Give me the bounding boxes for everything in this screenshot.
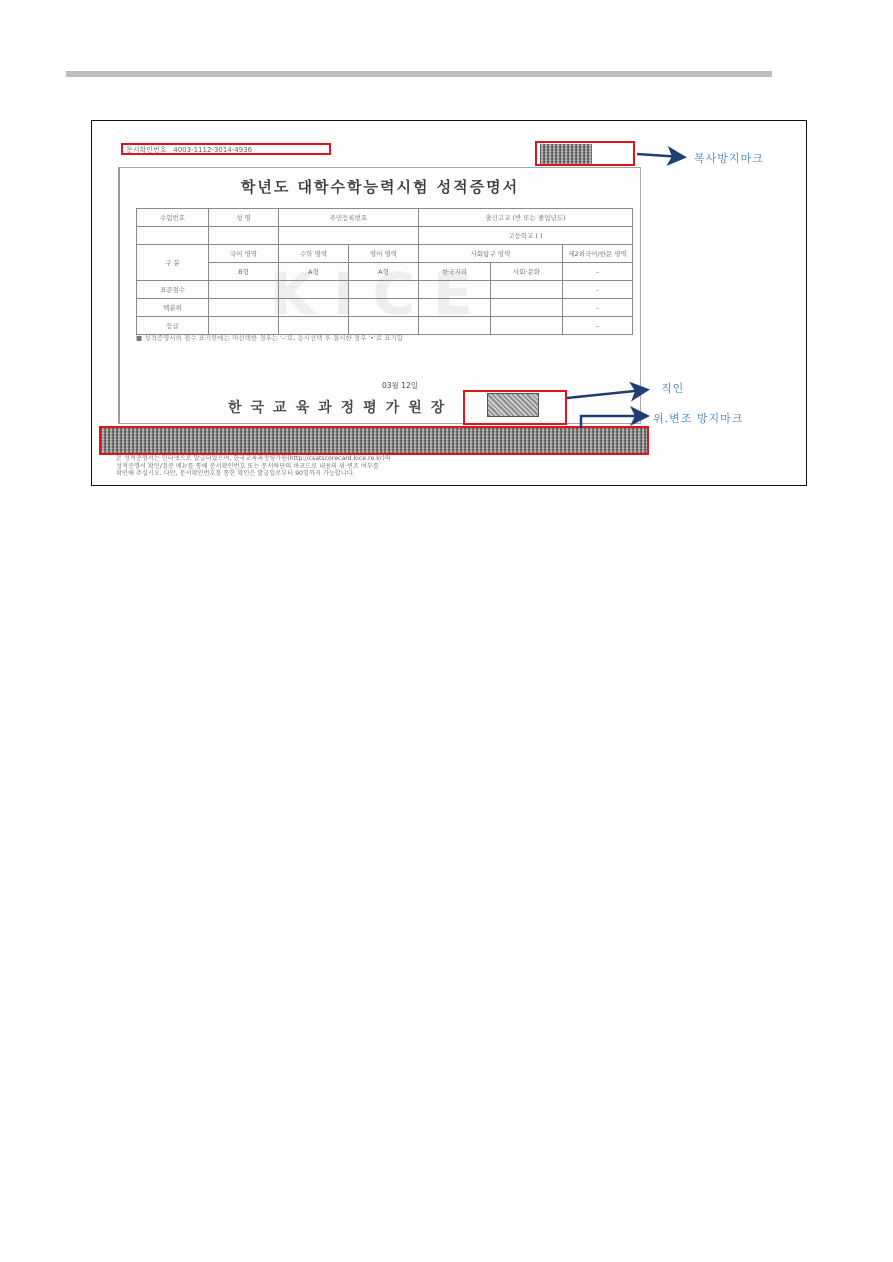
cell [279, 317, 349, 335]
table-row: 구 분 국어 영역 수학 영역 영어 영역 사회탐구 영역 제2외국어/한문 영… [137, 245, 633, 263]
cell [279, 227, 419, 245]
cell [491, 317, 563, 335]
certificate-title: 학년도 대학수학능력시험 성적증명서 [120, 176, 640, 197]
header-cell: 수험번호 [137, 209, 209, 227]
footer-line: 확인해 주십시오. 다만, 문서확인번호를 통한 확인은 발급일로부터 90일까… [116, 470, 636, 478]
cell [209, 281, 279, 299]
header-cell: 출신고교 (반 또는 졸업년도) [419, 209, 633, 227]
cell [349, 317, 419, 335]
subject-header: 영어 영역 [349, 245, 419, 263]
row-label-header: 구 분 [137, 245, 209, 281]
subject-header: 사회탐구 영역 [419, 245, 563, 263]
table-row: 수험번호 성 명 주민등록번호 출신고교 (반 또는 졸업년도) [137, 209, 633, 227]
table-row: 표준점수 – [137, 281, 633, 299]
highlight-copy-protection [535, 141, 635, 166]
cell [349, 299, 419, 317]
type-cell: 사회·문화 [491, 263, 563, 281]
cell: – [563, 299, 633, 317]
header-cell: 성 명 [209, 209, 279, 227]
footer-notice: 본 성적증명서는 인터넷으로 발급되었으며, 한국교육과정평가원(http://… [116, 455, 636, 478]
school-cell: 고등학교 ( ) [419, 227, 633, 245]
annotation-copy-protection: 복사방지마크 [694, 150, 764, 166]
row-label: 표준점수 [137, 281, 209, 299]
cell [419, 299, 491, 317]
table-row: B형 A형 A형 한국지리 사회·문화 – [137, 263, 633, 281]
header-rule [66, 71, 772, 77]
table-row: 고등학교 ( ) [137, 227, 633, 245]
highlight-tamper-protection [99, 426, 649, 455]
type-cell: B형 [209, 263, 279, 281]
cell [137, 227, 209, 245]
cell [209, 227, 279, 245]
subject-header: 국어 영역 [209, 245, 279, 263]
cell [279, 281, 349, 299]
cell [419, 281, 491, 299]
table-note: ■ 성적증명서의 점수 표기란에는 미선택한 경우는 '–'로, 응시선택 후 … [136, 333, 403, 342]
cell [209, 317, 279, 335]
subject-header: 제2외국어/한문 영역 [563, 245, 633, 263]
cell [419, 317, 491, 335]
type-cell: A형 [349, 263, 419, 281]
subject-header: 수학 영역 [279, 245, 349, 263]
annotation-tamper-protection: 위.변조 방지마크 [653, 410, 743, 426]
cell [279, 299, 349, 317]
footer-line: 성적증명서 확인/검증 메뉴를 통해 문서확인번호 또는 문서하단의 바코드로 … [116, 463, 636, 471]
issuer-name: 한국교육과정평가원장 [228, 397, 453, 417]
cell: – [563, 281, 633, 299]
score-table: 수험번호 성 명 주민등록번호 출신고교 (반 또는 졸업년도) 고등학교 ( … [136, 208, 633, 335]
cell [491, 281, 563, 299]
header-cell: 주민등록번호 [279, 209, 419, 227]
table-row: 등급 – [137, 317, 633, 335]
highlight-document-number [121, 143, 331, 155]
row-label: 등급 [137, 317, 209, 335]
cell [209, 299, 279, 317]
footer-line: 본 성적증명서는 인터넷으로 발급되었으며, 한국교육과정평가원(http://… [116, 455, 636, 463]
highlight-seal [463, 390, 567, 425]
score-certificate: 학년도 대학수학능력시험 성적증명서 KICE 수험번호 성 명 주민등록번호 … [118, 167, 641, 424]
type-cell: 한국지리 [419, 263, 491, 281]
annotation-seal: 직인 [661, 380, 684, 396]
table-row: 백분위 – [137, 299, 633, 317]
cell [491, 299, 563, 317]
type-cell: A형 [279, 263, 349, 281]
cell: – [563, 317, 633, 335]
row-label: 백분위 [137, 299, 209, 317]
type-cell: – [563, 263, 633, 281]
cell [349, 281, 419, 299]
